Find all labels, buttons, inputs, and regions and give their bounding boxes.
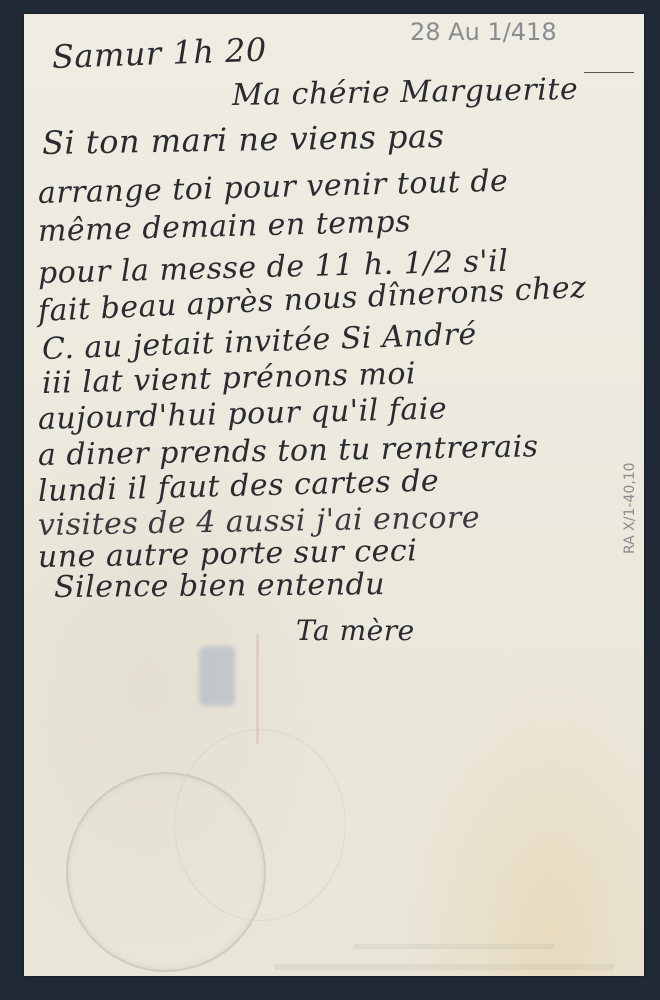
- salutation: Ma chérie Marguerite: [232, 72, 579, 113]
- faint-printed-line: [354, 944, 554, 949]
- letter-line-1: Si ton mari ne viens pas: [42, 117, 445, 162]
- stamp-edge-trace: [256, 634, 259, 744]
- postcard: 28 Au 1/418 Samur 1h 20 Ma chérie Margue…: [24, 14, 644, 976]
- letter-line-3: même demain en temps: [38, 204, 412, 249]
- letter-line-13: Silence bien entendu: [54, 567, 385, 605]
- faint-printed-line: [274, 964, 614, 970]
- signature: Ta mère: [296, 614, 415, 647]
- archive-annotation-side: RA X/1-40,10: [622, 462, 638, 554]
- embossed-seal-circle: [66, 772, 266, 972]
- underline-stroke: [584, 72, 634, 73]
- faded-stamp-mark: [199, 646, 235, 706]
- place-date: Samur 1h 20: [51, 31, 267, 76]
- archive-annotation-top: 28 Au 1/418: [410, 18, 557, 46]
- letter-line-2: arrange toi pour venir tout de: [38, 164, 509, 211]
